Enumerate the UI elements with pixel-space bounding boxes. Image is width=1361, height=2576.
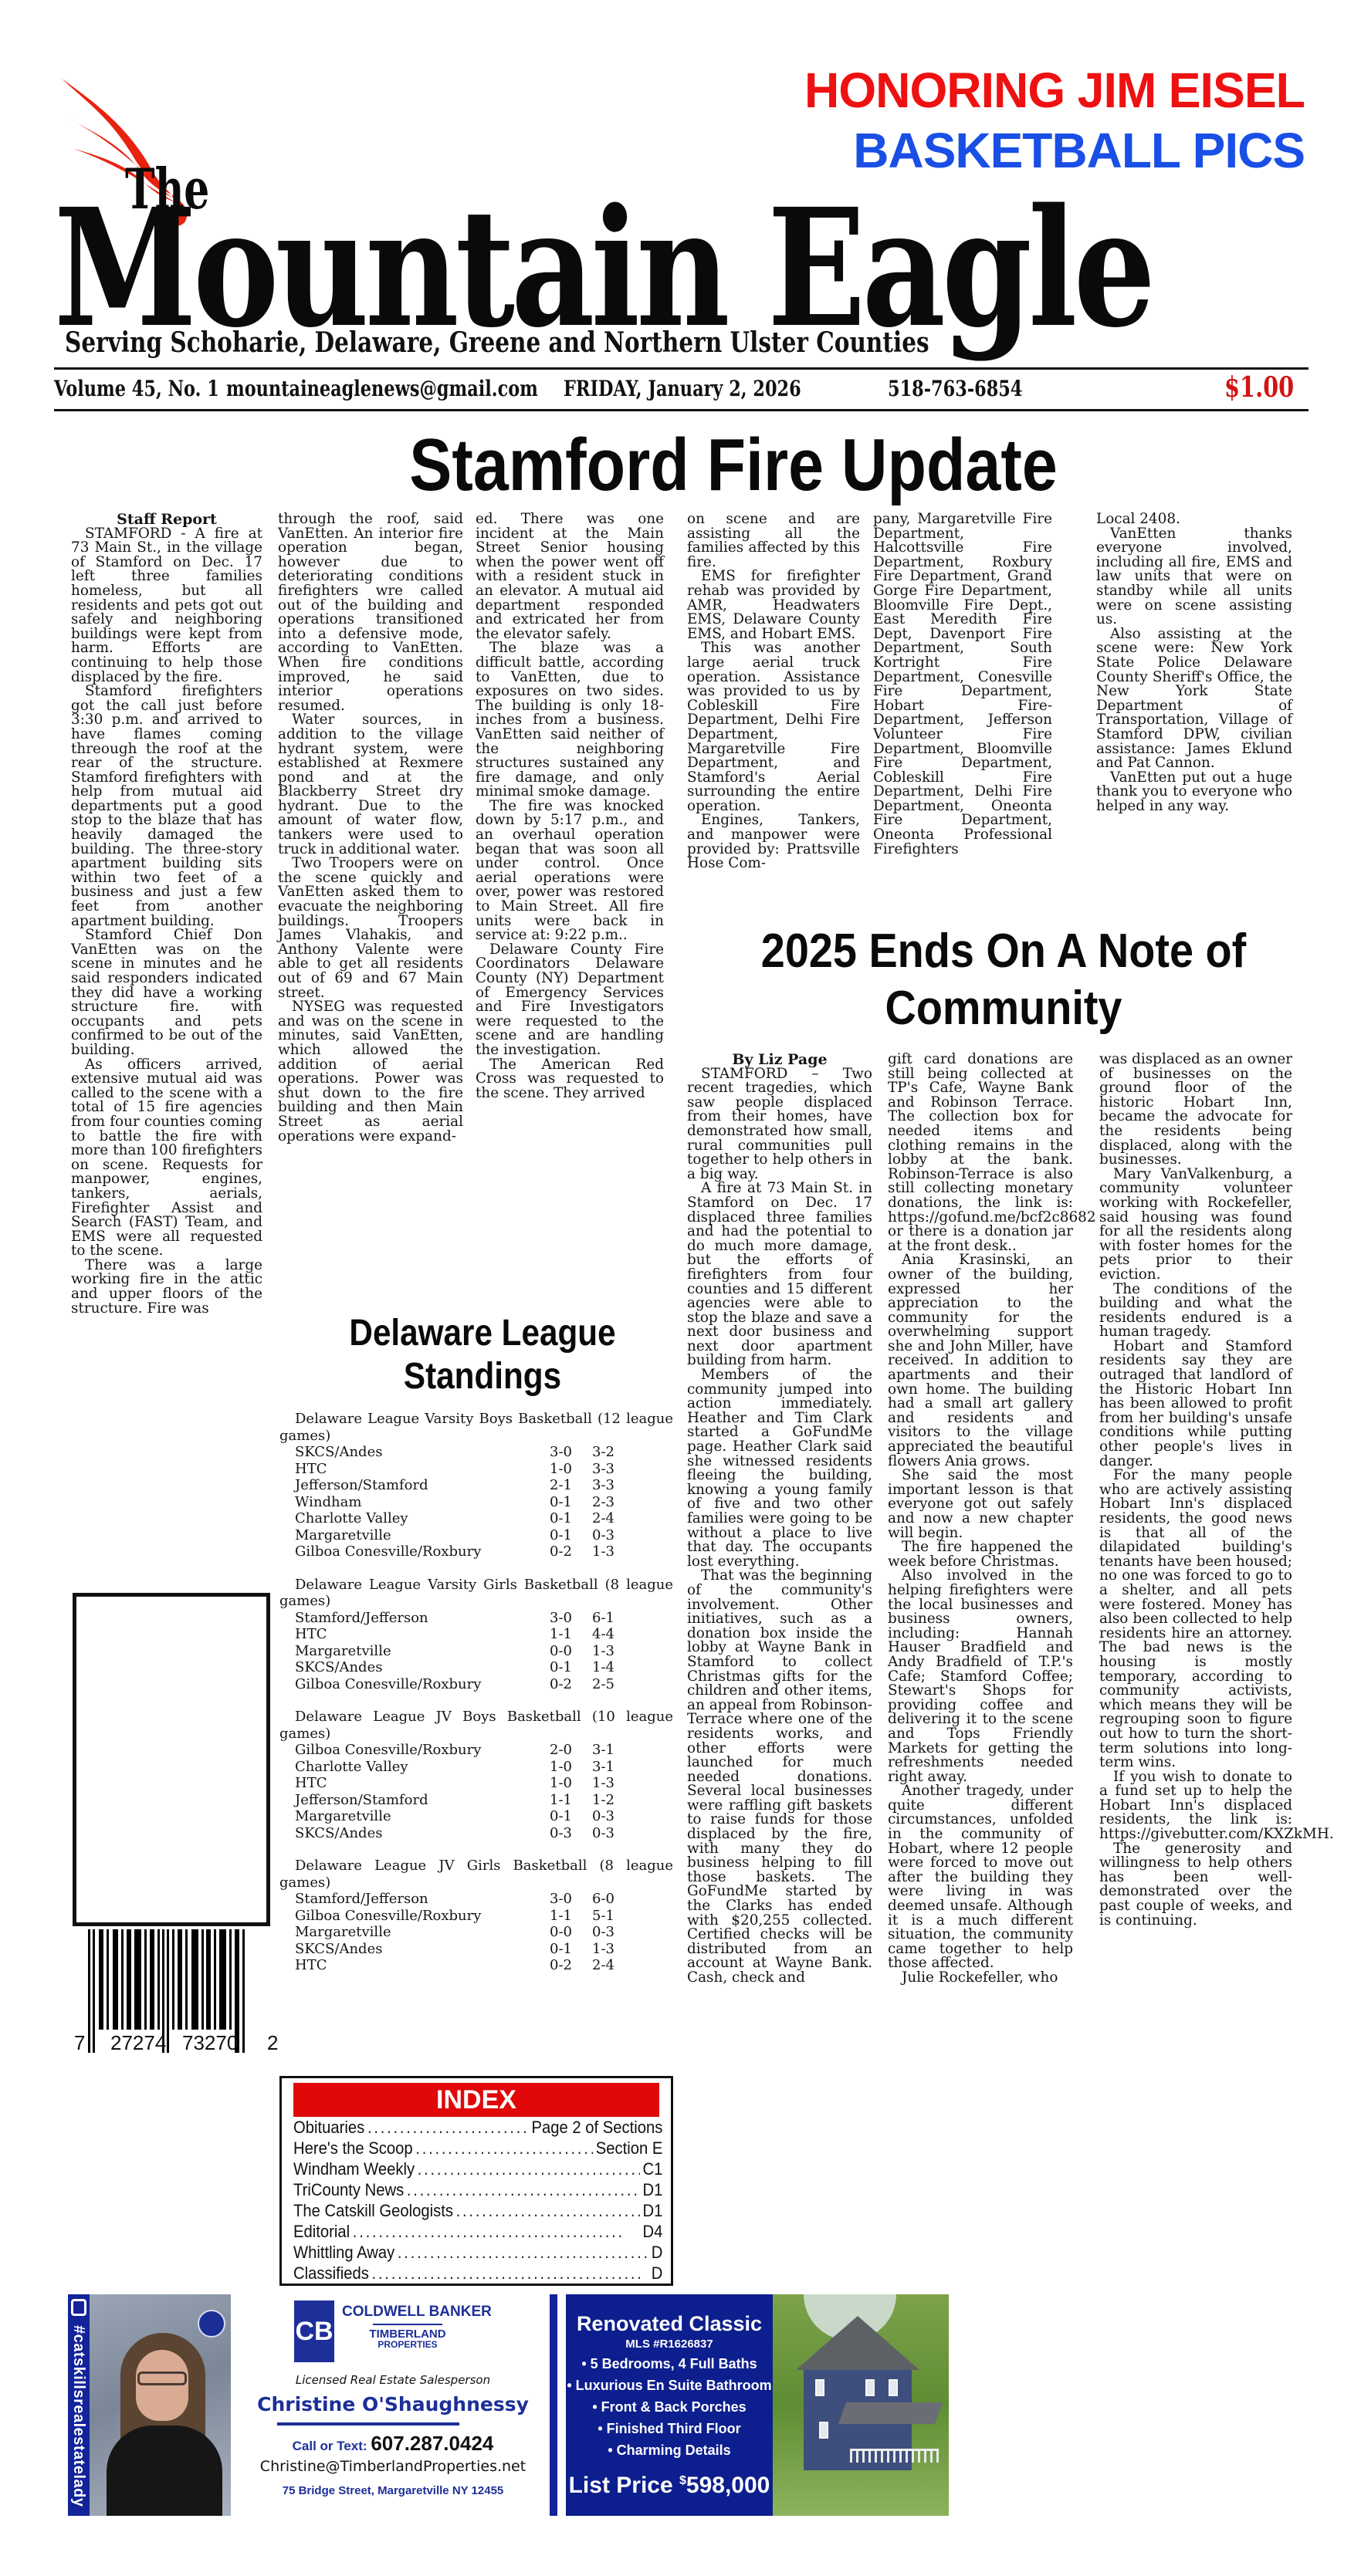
office-address: 75 Bridge Street, Margaretville NY 12455: [231, 2484, 555, 2497]
fire-story-column-4: on scene and are assisting all the famil…: [687, 512, 860, 871]
paragraph: NYSEG was requested and was on the scene…: [278, 1000, 463, 1144]
team-name: Jefferson/Stamford: [295, 1477, 428, 1494]
hashtag-band: #catskillsrealestatelady: [68, 2294, 90, 2516]
team-name: Margaretville: [295, 1808, 391, 1825]
call-line: Call or Text: 607.287.0424: [231, 2432, 555, 2456]
index-page: Page 2 of Sections: [531, 2117, 662, 2138]
index-item[interactable]: Whittling Away..........................…: [293, 2242, 662, 2263]
team-name: SKCS/Andes: [295, 1825, 382, 1842]
league-record: 1-0: [550, 1759, 572, 1776]
window: [819, 2422, 828, 2439]
brand-name: COLDWELL BANKER TIMBERLAND PROPERTIES: [342, 2304, 473, 2350]
diamond-society-seal-icon: [198, 2310, 225, 2338]
listing-feature: • Front & Back Porches: [566, 2396, 773, 2418]
brand-line-3: PROPERTIES: [342, 2340, 473, 2350]
overall-record: 1-3: [592, 1543, 614, 1560]
paragraph: The fire happened the week before Christ…: [888, 1540, 1073, 1569]
table-row: HTC1-03-3: [279, 1461, 673, 1478]
overall-record: 2-3: [592, 1494, 614, 1511]
league-record: 0-1: [550, 1941, 572, 1958]
overall-record: 6-0: [592, 1891, 614, 1908]
listing-feature: • Charming Details: [566, 2439, 773, 2461]
league-title: Delaware League JV Girls Basketball (8 l…: [279, 1858, 673, 1891]
paragraph: The conditions of the building and what …: [1099, 1283, 1292, 1340]
fire-story-column-5: pany, Margaretville Fire Department, Hal…: [873, 512, 1052, 857]
leader-dots: ........................................…: [407, 2179, 640, 2200]
paragraph: Water sources, in addition to the villag…: [278, 713, 463, 857]
table-row: Margaretville0-10-3: [279, 1527, 673, 1544]
paragraph: Julie Rockefeller, who: [888, 1971, 1073, 1986]
byline: Staff Report: [71, 512, 262, 527]
price-label: List Price: [569, 2473, 673, 2498]
paragraph: gift card donations are still being coll…: [888, 1053, 1073, 1253]
index-item[interactable]: Here's the Scoop........................…: [293, 2138, 662, 2158]
table-row: Gilboa Conesville/Roxbury1-15-1: [279, 1908, 673, 1925]
agent-glasses: [137, 2371, 187, 2385]
team-name: Charlotte Valley: [295, 1759, 408, 1776]
league-record: 0-1: [550, 1527, 572, 1544]
overall-record: 3-1: [592, 1742, 614, 1759]
table-row: SKCS/Andes3-03-2: [279, 1444, 673, 1461]
team-name: HTC: [295, 1775, 327, 1792]
league-jv-boys: Delaware League JV Boys Basketball (10 l…: [279, 1709, 673, 1841]
call-label: Call or Text:: [293, 2439, 367, 2453]
table-row: HTC1-14-4: [279, 1626, 673, 1643]
league-record: 0-2: [550, 1676, 572, 1693]
league-title: Delaware League Varsity Boys Basketball …: [279, 1411, 673, 1444]
headline-delaware-standings[interactable]: Delaware League Standings: [316, 1312, 648, 1398]
league-record: 3-0: [550, 1610, 572, 1627]
team-name: Gilboa Conesville/Roxbury: [295, 1742, 481, 1759]
league-record: 3-0: [550, 1444, 572, 1461]
fire-story-column-6: Local 2408. VanEtten thanks everyone inv…: [1096, 512, 1292, 813]
table-row: Stamford/Jefferson3-06-0: [279, 1891, 673, 1908]
standings-tables: Delaware League Varsity Boys Basketball …: [279, 1411, 673, 1990]
listing-panel: Renovated Classic MLS #R1626837 • 5 Bedr…: [566, 2294, 981, 2516]
overall-record: 1-3: [592, 1775, 614, 1792]
leader-dots: ........................................…: [353, 2221, 640, 2242]
overall-record: 2-4: [592, 1957, 614, 1974]
paragraph: That was the beginning of the community'…: [687, 1569, 872, 1985]
agent-name: Christine O'Shaughnessy: [231, 2393, 555, 2415]
index-item[interactable]: Editorial...............................…: [293, 2221, 662, 2242]
index-label: TriCounty News: [293, 2179, 404, 2200]
agent-email[interactable]: Christine@TimberlandProperties.net: [231, 2458, 555, 2475]
paragraph: Another tragedy, under quite different c…: [888, 1784, 1073, 1971]
index-page: D: [652, 2242, 663, 2263]
window: [865, 2379, 875, 2396]
league-record: 0-0: [550, 1924, 572, 1941]
index-item[interactable]: Obituaries..............................…: [293, 2117, 662, 2138]
overall-record: 3-1: [592, 1759, 614, 1776]
listing-mls: MLS #R1626837: [566, 2336, 773, 2353]
leader-dots: ........................................…: [456, 2200, 640, 2221]
table-row: Margaretville0-10-3: [279, 1808, 673, 1825]
league-record: 1-1: [550, 1908, 572, 1925]
name-underline: [277, 2422, 459, 2426]
league-record: 3-0: [550, 1891, 572, 1908]
paragraph: Hobart and Stamford residents say they a…: [1099, 1340, 1292, 1469]
team-name: Jefferson/Stamford: [295, 1792, 428, 1809]
overall-record: 2-4: [592, 1510, 614, 1527]
contact-email[interactable]: mountaineaglenews@gmail.com: [226, 372, 538, 406]
leader-dots: ........................................…: [415, 2138, 593, 2158]
paragraph: was displaced as an owner of businesses …: [1099, 1053, 1292, 1168]
paragraph: For the many people who are actively ass…: [1099, 1469, 1292, 1770]
paragraph: VanEtten thanks everyone involved, inclu…: [1096, 527, 1292, 627]
index-label: Windham Weekly: [293, 2158, 415, 2179]
league-jv-girls: Delaware League JV Girls Basketball (8 l…: [279, 1858, 673, 1974]
team-name: Gilboa Conesville/Roxbury: [295, 1908, 481, 1925]
hashtag: #catskillsrealestatelady: [70, 2325, 87, 2507]
league-record: 2-1: [550, 1477, 572, 1494]
league-record: 0-3: [550, 1825, 572, 1842]
overall-record: 3-3: [592, 1477, 614, 1494]
team-name: Stamford/Jefferson: [295, 1610, 428, 1627]
masthead-rule-top: [54, 367, 1309, 370]
listing-info: Renovated Classic MLS #R1626837 • 5 Bedr…: [566, 2294, 773, 2516]
headline-2025-community[interactable]: 2025 Ends On A Note of Community: [740, 923, 1268, 1037]
agent-face: [136, 2350, 188, 2421]
league-record: 2-0: [550, 1742, 572, 1759]
community-story-column-2: gift card donations are still being coll…: [888, 1053, 1073, 1986]
table-row: Jefferson/Stamford2-13-3: [279, 1477, 673, 1494]
league-varsity-boys: Delaware League Varsity Boys Basketball …: [279, 1411, 673, 1560]
overall-record: 1-3: [592, 1941, 614, 1958]
table-row: Margaretville0-01-3: [279, 1643, 673, 1660]
promo-honoring-jim-eisel[interactable]: HONORING JIM EISEL: [692, 63, 1305, 117]
overall-record: 0-3: [592, 1808, 614, 1825]
house-photo: [773, 2294, 949, 2516]
team-name: Margaretville: [295, 1643, 391, 1660]
overall-record: 2-5: [592, 1676, 614, 1693]
table-row: SKCS/Andes0-11-4: [279, 1659, 673, 1676]
overall-record: 3-2: [592, 1444, 614, 1461]
paragraph: There was a large working fire in the at…: [71, 1259, 262, 1316]
team-name: Gilboa Conesville/Roxbury: [295, 1543, 481, 1560]
issue-info-bar: Volume 45, No. 1 mountaineaglenews@gmail…: [54, 372, 1309, 406]
agent-body: [107, 2426, 222, 2516]
masthead-tagline: Serving Schoharie, Delaware, Greene and …: [65, 327, 929, 358]
league-record: 0-1: [550, 1808, 572, 1825]
overall-record: 0-3: [592, 1527, 614, 1544]
index-page: C1: [643, 2158, 663, 2179]
team-name: HTC: [295, 1957, 327, 1974]
league-record: 0-0: [550, 1643, 572, 1660]
paragraph: Stamford firefighters got the call just …: [71, 685, 262, 928]
index-page: D1: [643, 2179, 663, 2200]
overall-record: 0-3: [592, 1924, 614, 1941]
index-page: Section E: [596, 2138, 663, 2158]
paragraph: STAMFORD – Two recent tragedies, which s…: [687, 1067, 872, 1182]
paragraph: Two Troopers were on the scene quickly a…: [278, 857, 463, 1000]
team-name: Margaretville: [295, 1924, 391, 1941]
index-page: D1: [643, 2200, 663, 2221]
league-record: 0-1: [550, 1510, 572, 1527]
paragraph: Delaware County Fire Coordinators Delawa…: [476, 943, 664, 1058]
paragraph: VanEtten put out a huge thank you to eve…: [1096, 771, 1292, 814]
porch-railing: [850, 2449, 939, 2463]
paragraph: Engines, Tankers, and manpower were prov…: [687, 813, 860, 870]
porch-roof: [838, 2402, 943, 2424]
price-symbol: $: [679, 2474, 686, 2487]
paragraph: The American Red Cross was requested to …: [476, 1058, 664, 1101]
overall-record: 4-4: [592, 1626, 614, 1643]
cb-logo-icon: CB: [294, 2300, 334, 2362]
index-label: Here's the Scoop: [293, 2138, 413, 2158]
team-name: HTC: [295, 1461, 327, 1478]
issue-date: FRIDAY, January 2, 2026: [564, 372, 801, 406]
index-label: Editorial: [293, 2221, 350, 2242]
team-name: Windham: [295, 1494, 361, 1511]
league-title: Delaware League JV Boys Basketball (10 l…: [279, 1709, 673, 1742]
team-name: SKCS/Andes: [295, 1659, 382, 1676]
volume-number: Volume 45, No. 1: [54, 372, 219, 406]
index-title: INDEX: [293, 2083, 659, 2117]
agent-photo: [90, 2294, 231, 2516]
index-label: Whittling Away: [293, 2242, 394, 2263]
paragraph: through the roof, said VanEtten. An inte…: [278, 512, 463, 713]
agent-title: Licensed Real Estate Salesperson: [231, 2373, 555, 2387]
instagram-icon: [71, 2299, 86, 2316]
index-item[interactable]: Classifieds.............................…: [293, 2263, 662, 2284]
paragraph: Also involved in the helping firefighter…: [888, 1569, 1073, 1784]
index-item[interactable]: Windham Weekly..........................…: [293, 2158, 662, 2179]
masthead-rule-bottom: [54, 409, 1309, 411]
listing-price: List Price $598,000: [566, 2467, 773, 2500]
league-record: 1-0: [550, 1461, 572, 1478]
mailing-label-box: [73, 1593, 270, 1926]
team-name: Charlotte Valley: [295, 1510, 408, 1527]
paragraph: STAMFORD - A fire at 73 Main St., in the…: [71, 527, 262, 685]
team-name: Margaretville: [295, 1527, 391, 1544]
index-item[interactable]: The Catskill Geologists.................…: [293, 2200, 662, 2221]
index-label: Classifieds: [293, 2263, 369, 2284]
paragraph: EMS for firefighter rehab was provided b…: [687, 570, 860, 641]
league-record: 0-2: [550, 1957, 572, 1974]
community-story-column-1: By Liz Page STAMFORD – Two recent traged…: [687, 1053, 872, 1986]
byline: By Liz Page: [687, 1053, 872, 1067]
listing-title: Renovated Classic: [566, 2311, 773, 2336]
league-record: 0-2: [550, 1543, 572, 1560]
table-row: Margaretville0-00-3: [279, 1924, 673, 1941]
table-row: Gilboa Conesville/Roxbury0-21-3: [279, 1543, 673, 1560]
overall-record: 1-4: [592, 1659, 614, 1676]
house-roof: [796, 2316, 919, 2370]
team-name: SKCS/Andes: [295, 1444, 382, 1461]
window: [815, 2379, 824, 2396]
barcode-digit: 73270: [182, 2031, 238, 2054]
overall-record: 5-1: [592, 1908, 614, 1925]
index-box: INDEX Obituaries........................…: [279, 2076, 673, 2286]
paragraph: The generosity and willingness to help o…: [1099, 1842, 1292, 1929]
league-varsity-girls: Delaware League Varsity Girls Basketball…: [279, 1577, 673, 1693]
leader-dots: ........................................…: [418, 2158, 640, 2179]
paragraph: The blaze was a difficult battle, accord…: [476, 641, 664, 800]
paragraph: Stamford Chief Don VanEtten was on the s…: [71, 928, 262, 1057]
overall-record: 6-1: [592, 1610, 614, 1627]
table-row: HTC1-01-3: [279, 1775, 673, 1792]
paragraph: Local 2408.: [1096, 512, 1292, 527]
paragraph: If you wish to donate to a fund set up t…: [1099, 1770, 1292, 1842]
table-row: SKCS/Andes0-11-3: [279, 1941, 673, 1958]
contact-phone: 518-763-6854: [888, 372, 1022, 406]
index-label: The Catskill Geologists: [293, 2200, 453, 2221]
team-name: SKCS/Andes: [295, 1941, 382, 1958]
leader-dots: ........................................…: [367, 2117, 529, 2138]
agent-phone[interactable]: 607.287.0424: [371, 2432, 493, 2455]
league-title: Delaware League Varsity Girls Basketball…: [279, 1577, 673, 1610]
table-row: Gilboa Conesville/Roxbury2-03-1: [279, 1742, 673, 1759]
listing-feature: • 5 Bedrooms, 4 Full Baths: [566, 2353, 773, 2375]
paragraph: pany, Margaretville Fire Department, Hal…: [873, 512, 1052, 857]
overall-record: 3-3: [592, 1461, 614, 1478]
index-label: Obituaries: [293, 2117, 364, 2138]
league-record: 1-1: [550, 1792, 572, 1809]
fire-story-column-3: ed. There was one incident at the Main S…: [476, 512, 664, 1100]
paragraph: A fire at 73 Main St. in Stamford on Dec…: [687, 1182, 872, 1368]
paragraph: This was another large aerial truck oper…: [687, 641, 860, 813]
table-row: Gilboa Conesville/Roxbury0-22-5: [279, 1676, 673, 1693]
paragraph: Also assisting at the scene were: New Yo…: [1096, 627, 1292, 771]
masthead-title: Mountain Eagle: [54, 191, 1061, 346]
window: [889, 2379, 898, 2396]
price-value: 598,000: [686, 2473, 770, 2498]
index-page: D: [652, 2263, 663, 2284]
barcode-digit: 7: [74, 2031, 85, 2054]
paragraph: As officers arrived, extensive mutual ai…: [71, 1058, 262, 1259]
overall-record: 0-3: [592, 1825, 614, 1842]
team-name: Gilboa Conesville/Roxbury: [295, 1676, 481, 1693]
barcode-digit: 2: [267, 2031, 278, 2054]
listing-feature: • Finished Third Floor: [566, 2418, 773, 2439]
fire-story-column-1: Staff Report STAMFORD - A fire at 73 Mai…: [71, 512, 262, 1316]
table-row: HTC0-22-4: [279, 1957, 673, 1974]
team-name: Stamford/Jefferson: [295, 1891, 428, 1908]
leader-dots: ........................................…: [398, 2242, 648, 2263]
paragraph: Members of the community jumped into act…: [687, 1368, 872, 1569]
listing-feature: • Luxurious En Suite Bathroom: [566, 2375, 773, 2396]
league-record: 1-1: [550, 1626, 572, 1643]
table-row: SKCS/Andes0-30-3: [279, 1825, 673, 1842]
brand-line-1: COLDWELL BANKER: [342, 2304, 473, 2321]
table-row: Stamford/Jefferson3-06-1: [279, 1610, 673, 1627]
promo-basketball-pics[interactable]: BASKETBALL PICS: [679, 123, 1305, 177]
table-row: Windham0-12-3: [279, 1494, 673, 1511]
table-row: Charlotte Valley1-03-1: [279, 1759, 673, 1776]
overall-record: 1-2: [592, 1792, 614, 1809]
paragraph: Ania Krasinski, an owner of the building…: [888, 1253, 1073, 1469]
paragraph: The fire was knocked down by 5:17 p.m., …: [476, 800, 664, 943]
headline-stamford-fire[interactable]: Stamford Fire Update: [335, 423, 1132, 508]
paragraph: She said the most important lesson is th…: [888, 1469, 1073, 1540]
overall-record: 1-3: [592, 1643, 614, 1660]
fire-story-column-2: through the roof, said VanEtten. An inte…: [278, 512, 463, 1144]
paragraph: on scene and are assisting all the famil…: [687, 512, 860, 570]
index-item[interactable]: TriCounty News..........................…: [293, 2179, 662, 2200]
league-record: 0-1: [550, 1494, 572, 1511]
team-name: HTC: [295, 1626, 327, 1643]
panel-edge: [550, 2294, 557, 2516]
barcode-digit: 27274: [110, 2031, 166, 2054]
table-row: Charlotte Valley0-12-4: [279, 1510, 673, 1527]
real-estate-ad[interactable]: #catskillsrealestatelady CB COLDWELL BAN…: [68, 2294, 1315, 2516]
community-story-column-3: was displaced as an owner of businesses …: [1099, 1053, 1292, 1928]
league-record: 1-0: [550, 1775, 572, 1792]
brand-line-2: TIMBERLAND: [342, 2328, 473, 2340]
index-page: D4: [643, 2221, 663, 2242]
paragraph: ed. There was one incident at the Main S…: [476, 512, 664, 641]
cover-price: $1.00: [1224, 370, 1294, 404]
leader-dots: ........................................…: [372, 2263, 649, 2284]
paragraph: Mary VanValkenburg, a community voluntee…: [1099, 1168, 1292, 1283]
brand-divider: [373, 2324, 442, 2325]
table-row: Jefferson/Stamford1-11-2: [279, 1792, 673, 1809]
league-record: 0-1: [550, 1659, 572, 1676]
